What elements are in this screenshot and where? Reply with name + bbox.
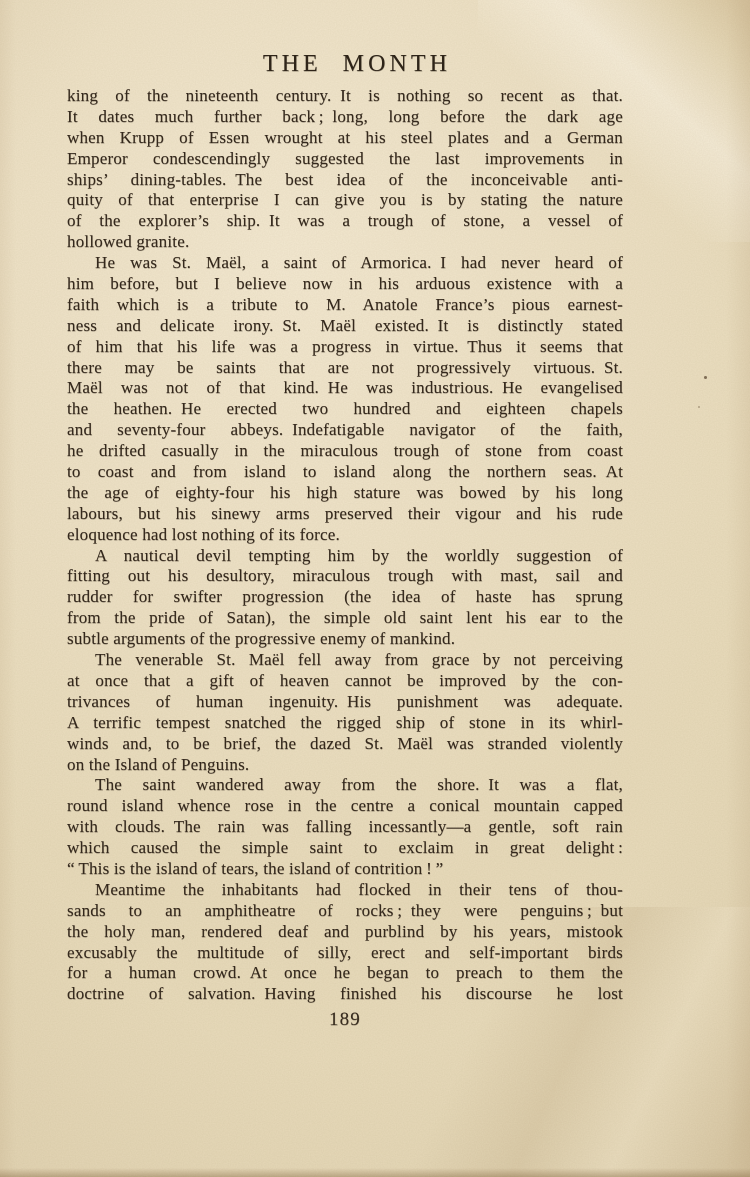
text-line: A nautical devil tempting him by the wor… [67,546,623,567]
text-line: subtle arguments of the progressive enem… [67,629,623,650]
text-line: the heathen. He erected two hundred and … [67,399,623,420]
text-line: trivances of human ingenuity. His punish… [67,692,623,713]
text-line: of him that his life was a progress in v… [67,337,623,358]
text-line: for a human crowd. At once he began to p… [67,963,623,984]
paragraph: The venerable St. Maël fell away from gr… [67,650,623,775]
running-head: THE MONTH [79,51,635,78]
paragraph: The saint wandered away from the shore. … [67,775,623,879]
text-line: faith which is a tribute to M. Anatole F… [67,295,623,316]
text-line: king of the nineteenth century. It is no… [67,86,623,107]
text-line: eloquence had lost nothing of its force. [67,525,623,546]
text-line: The saint wandered away from the shore. … [67,775,623,796]
text-line: “ This is the island of tears, the islan… [67,859,623,880]
text-line: to coast and from island to island along… [67,462,623,483]
text-line: the age of eighty-four his high stature … [67,483,623,504]
text-block: king of the nineteenth century. It is no… [67,86,623,1005]
text-line: fitting out his desultory, miraculous tr… [67,566,623,587]
book-page-scan: THE MONTH king of the nineteenth century… [0,0,750,1177]
ink-speck [704,376,707,379]
text-line: there may be saints that are not progres… [67,358,623,379]
text-line: The venerable St. Maël fell away from gr… [67,650,623,671]
text-line: at once that a gift of heaven cannot be … [67,671,623,692]
text-line: of the explorer’s ship. It was a trough … [67,211,623,232]
text-line: which caused the simple saint to exclaim… [67,838,623,859]
text-line: excusably the multitude of silly, erect … [67,943,623,964]
text-line: round island whence rose in the centre a… [67,796,623,817]
text-line: from the pride of Satan), the simple old… [67,608,623,629]
text-line: He was St. Maël, a saint of Armorica. I … [67,253,623,274]
text-line: the holy man, rendered deaf and purblind… [67,922,623,943]
paragraph: He was St. Maël, a saint of Armorica. I … [67,253,623,545]
text-line: A terrific tempest snatched the rigged s… [67,713,623,734]
ink-speck [698,406,700,408]
paragraph: A nautical devil tempting him by the wor… [67,546,623,650]
text-line: Maël was not of that kind. He was indust… [67,378,623,399]
text-line: when Krupp of Essen wrought at his steel… [67,128,623,149]
text-line: he drifted casually in the miraculous tr… [67,441,623,462]
text-line: with clouds. The rain was falling incess… [67,817,623,838]
text-line: ness and delicate irony. St. Maël existe… [67,316,623,337]
paragraph: king of the nineteenth century. It is no… [67,86,623,253]
text-line: sands to an amphitheatre of rocks ; they… [67,901,623,922]
text-line: winds and, to be brief, the dazed St. Ma… [67,734,623,755]
text-line: It dates much further back ; long, long … [67,107,623,128]
text-line: rudder for swifter progression (the idea… [67,587,623,608]
text-line: Emperor condescendingly suggested the la… [67,149,623,170]
text-line: labours, but his sinewy arms preserved t… [67,504,623,525]
paragraph: Meantime the inhabitants had flocked in … [67,880,623,1005]
text-line: doctrine of salvation. Having finished h… [67,984,623,1005]
text-line: quity of that enterprise I can give you … [67,190,623,211]
text-line: ships’ dining-tables. The best idea of t… [67,170,623,191]
page-number: 189 [67,1009,623,1031]
text-line: hollowed granite. [67,232,623,253]
text-line: and seventy-four abbeys. Indefatigable n… [67,420,623,441]
text-line: on the Island of Penguins. [67,755,623,776]
text-line: him before, but I believe now in his ard… [67,274,623,295]
text-line: Meantime the inhabitants had flocked in … [67,880,623,901]
